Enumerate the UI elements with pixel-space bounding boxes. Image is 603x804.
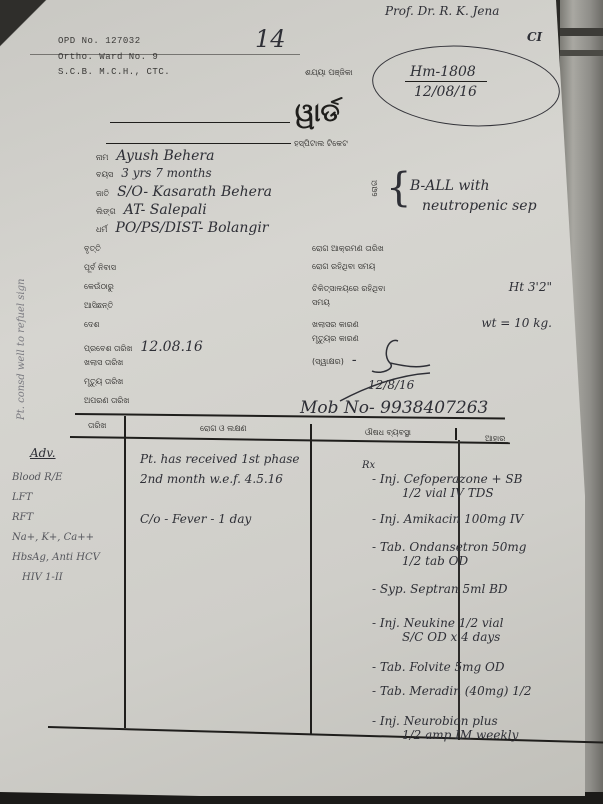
field-label: ରୋଗ ରହିଥିବା ସମୟ	[312, 262, 375, 272]
prescription-drug: - Syp. Septran 5ml BD	[372, 582, 597, 596]
field-onset-date: ରୋଗ ଆକ୍ରମଣ ତାରିଖ	[312, 244, 572, 262]
field-occupation: ବୃତ୍ତି	[84, 244, 284, 263]
prescription-item: - Inj. Cefoperazone + SB 1/2 vial IV TDS	[372, 472, 597, 512]
table-header-symptoms: ରୋଗ ଓ ଲକ୍ଷଣ	[200, 424, 247, 434]
history-notes: Pt. has received 1st phase 2nd month w.e…	[140, 452, 300, 532]
history-line: Pt. has received 1st phase	[140, 452, 300, 472]
history-line: 2nd month w.e.f. 4.5.16	[140, 472, 300, 492]
subtitle-blank-line	[106, 143, 291, 144]
table-col-divider	[310, 424, 312, 734]
patient-fields: ନାମ Ayush Behera ବୟସ 3 yrs 7 months ଜାତି…	[96, 148, 336, 242]
field-label: ଚିକିତ୍ସାଳୟରେ ରହିଥିବା	[312, 284, 385, 294]
field-value: 12.08.16	[140, 339, 202, 355]
prescription-drug: - Tab. Ondansetron 50mg	[372, 540, 597, 554]
table-header-date: ତାରିଖ	[88, 421, 106, 431]
prescription-dose: S/C OD x 4 days	[372, 630, 597, 644]
history-line: C/o - Fever - 1 day	[140, 512, 300, 532]
field-label: ବୃତ୍ତି	[84, 244, 101, 254]
field-label: ଖଲାସର କାରଣ	[312, 320, 359, 330]
field-value: Ayush Behera	[116, 148, 214, 164]
doctor-unit: CI	[527, 30, 542, 44]
field-label: ଜାତି	[96, 189, 109, 199]
prescription-list: - Inj. Cefoperazone + SB 1/2 vial IV TDS…	[372, 472, 597, 754]
field-hospital-stay: ଚିକିତ୍ସାଳୟରେ ରହିଥିବା Ht 3'2"	[312, 280, 552, 298]
field-transfer-date: ଅପରଣ ତାରିଖ	[84, 396, 284, 415]
field-death-date: ମୃତ୍ୟୁ ତାରିଖ	[84, 377, 284, 396]
registration-date: 12/08/16	[414, 84, 477, 100]
height-value: Ht 3'2"	[509, 280, 552, 294]
prescription-drug: - Inj. Neurobion plus	[372, 714, 597, 728]
page-number-handwritten: 14	[255, 25, 286, 53]
field-value: 3 yrs 7 months	[121, 166, 211, 180]
field-time: ସମୟ	[312, 298, 572, 316]
diagnosis-line1: B-ALL with	[410, 178, 490, 194]
field-label: ଲିଙ୍ଗ	[96, 207, 116, 217]
field-prev-residence: ପୂର୍ବ ନିବାସ	[84, 263, 284, 282]
field-label: ବୟସ	[96, 170, 113, 180]
field-value: AT- Salepali	[124, 202, 207, 218]
doctor-name: Prof. Dr. R. K. Jena	[385, 4, 499, 18]
field-label: ନାମ	[96, 153, 108, 163]
field-label: ଦେଶ	[84, 320, 99, 330]
prescription-drug: - Inj. Cefoperazone + SB	[372, 472, 597, 486]
rx-symbol: Rx	[362, 460, 375, 471]
patient-fields-lower: ବୃତ୍ତି ପୂର୍ବ ନିବାସ କେଉଁଠାରୁ ଆସିଛନ୍ତି ଦେଶ…	[84, 244, 284, 415]
field-label: ଧର୍ମ	[96, 225, 107, 235]
prescription-item: - Inj. Amikacin 100mg IV	[372, 512, 597, 540]
weight-value: wt = 10 kg.	[481, 316, 552, 330]
field-value: PO/PS/DIST- Bolangir	[115, 220, 268, 236]
field-label: ପୂର୍ବ ନିବାସ	[84, 263, 116, 273]
prescription-item: - Inj. Neukine 1/2 vial S/C OD x 4 days	[372, 616, 597, 660]
prescription-dose: 1/2 vial IV TDS	[372, 486, 597, 500]
prescription-item: - Inj. Neurobion plus 1/2 amp IM weekly	[372, 714, 597, 754]
field-country: ଦେଶ	[84, 320, 284, 339]
field-admission-date: ପ୍ରବେଶ ତାରିଖ 12.08.16	[84, 339, 284, 358]
table-header-medication: ଔଷଧ ବ୍ୟବସ୍ଥା	[365, 428, 411, 438]
prescription-dose: 1/2 amp IM weekly	[372, 728, 597, 742]
prescription-dose: 1/2 tab OD	[372, 554, 597, 568]
table-col-divider	[124, 416, 126, 728]
field-religion: ଧର୍ମ PO/PS/DIST- Bolangir	[96, 220, 336, 242]
paper-fold-shadow	[0, 0, 70, 60]
page-title: ୱାର୍ଡ	[295, 98, 340, 129]
field-label: ଖଲାସ ତାରିଖ	[84, 358, 123, 368]
prescription-drug: - Inj. Amikacin 100mg IV	[372, 512, 597, 526]
registration-number: Hm-1808	[410, 64, 476, 80]
field-gender: ଲିଙ୍ଗ AT- Salepali	[96, 202, 336, 220]
field-label: ଆସିଛନ୍ତି	[84, 301, 113, 311]
investigation-item: RFT	[12, 512, 100, 532]
investigations-heading: Adv.	[30, 446, 56, 460]
background-shelf	[560, 28, 603, 36]
table-header-diet: ଆହାର	[485, 434, 505, 444]
header-stamp-line3: S.C.B. M.C.H., CTC.	[58, 67, 170, 77]
signature-date: 12/8/16	[368, 378, 414, 392]
field-arrived: ଆସିଛନ୍ତି	[84, 301, 284, 320]
bed-register-label: ଶଯ୍ୟା ପଞ୍ଜିକା	[305, 68, 353, 78]
field-name: ନାମ Ayush Behera	[96, 148, 336, 166]
table-col-divider	[455, 428, 457, 440]
field-age: ବୟସ 3 yrs 7 months	[96, 166, 336, 184]
field-discharge-date: ଖଲାସ ତାରିଖ	[84, 358, 284, 377]
diagnosis-brace: {	[386, 168, 411, 208]
header-rule	[30, 54, 300, 55]
field-label: ମୃତ୍ୟୁ ତାରିଖ	[84, 377, 123, 387]
prescription-item: - Syp. Septran 5ml BD	[372, 582, 597, 616]
investigation-item: HbsAg, Anti HCV	[12, 552, 100, 572]
margin-note: Pt. consd well to refuel sign	[16, 160, 27, 420]
field-label: କେଉଁଠାରୁ	[84, 282, 114, 292]
registration-divider	[405, 81, 487, 82]
investigations-list: Blood R/E LFT RFT Na+, K+, Ca++ HbsAg, A…	[12, 472, 100, 592]
prescription-item: - Tab. Folvite 5mg OD	[372, 660, 597, 684]
prescription-item: - Tab. Meradin (40mg) 1/2	[372, 684, 597, 714]
field-from-where: କେଉଁଠାରୁ	[84, 282, 284, 301]
field-value: S/O- Kasarath Behera	[117, 184, 272, 200]
signature-icon	[330, 335, 440, 405]
history-line	[140, 492, 300, 512]
investigation-item: HIV 1-II	[12, 572, 100, 592]
field-label: ପ୍ରବେଶ ତାରିଖ	[84, 344, 132, 354]
field-disease-duration: ରୋଗ ରହିଥିବା ସମୟ	[312, 262, 572, 280]
background-shelf	[560, 50, 603, 56]
investigation-item: Blood R/E	[12, 472, 100, 492]
investigation-item: Na+, K+, Ca++	[12, 532, 100, 552]
field-label: ସମୟ	[312, 298, 330, 308]
prescription-item: - Tab. Ondansetron 50mg 1/2 tab OD	[372, 540, 597, 582]
field-label: ରୋଗ ଆକ୍ରମଣ ତାରିଖ	[312, 244, 384, 254]
prescription-drug: - Tab. Meradin (40mg) 1/2	[372, 684, 597, 698]
prescription-drug: - Inj. Neukine 1/2 vial	[372, 616, 597, 630]
field-discharge-reason: ଖଲାସର କାରଣ wt = 10 kg.	[312, 316, 552, 334]
investigation-item: LFT	[12, 492, 100, 512]
title-blank-line	[110, 122, 290, 123]
diagnosis-line2: neutropenic sep	[422, 198, 537, 214]
diagnosis-label: ରୋଗ	[370, 180, 380, 197]
header-stamp-line1: OPD No. 127032	[58, 36, 141, 46]
field-label: ଅପରଣ ତାରିଖ	[84, 396, 129, 406]
field-caste: ଜାତି S/O- Kasarath Behera	[96, 184, 336, 202]
prescription-drug: - Tab. Folvite 5mg OD	[372, 660, 597, 674]
